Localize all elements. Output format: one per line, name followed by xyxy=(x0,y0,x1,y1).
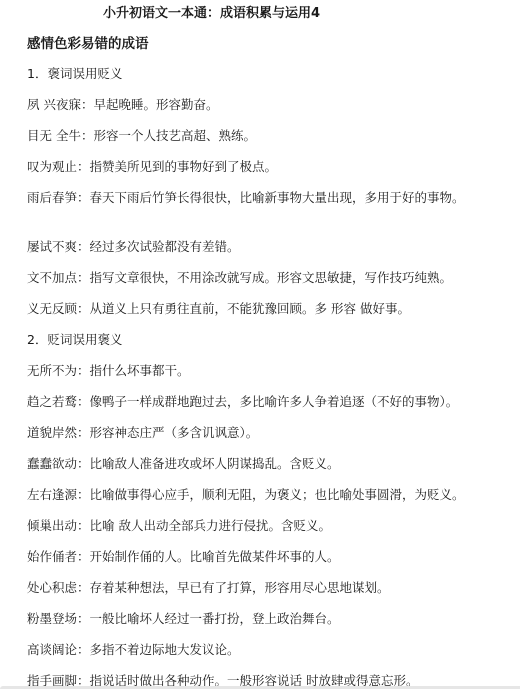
page-title: 小升初语文一本通：成语积累与运用4 xyxy=(103,7,510,20)
idiom-colon: ： xyxy=(77,363,90,378)
idiom-entry: 义无反顾：从道义上只有勇往直前，不能犹豫回顾。多 形容 做好事。 xyxy=(27,302,510,315)
idiom-entry: 左右逢源：比喻做事得心应手，顺利无阻，为褒义；也比喻处事圆滑，为贬义。 xyxy=(27,488,510,501)
idiom-entry: 处心积虑：存着某种想法，早已有了打算，形容用尽心思地谋划。 xyxy=(27,581,510,594)
idiom-term: 雨后春笋 xyxy=(27,190,77,205)
idiom-term: 夙 兴夜寐 xyxy=(27,97,81,112)
section-label: 1．褒词误用贬义 xyxy=(27,67,510,80)
idiom-term: 文不加点 xyxy=(27,270,77,285)
idiom-definition: 形容一个人技艺高超、熟练。 xyxy=(94,128,257,143)
idiom-entry: 夙 兴夜寐：早起晚睡。形容勤奋。 xyxy=(27,98,510,111)
idiom-colon: ： xyxy=(77,456,90,471)
idiom-definition: 指写文章很快，不用涂改就写成。形容文思敏捷，写作技巧纯熟。 xyxy=(90,270,453,285)
idiom-term: 义无反顾 xyxy=(27,301,77,316)
document-page: 小升初语文一本通：成语积累与运用4 感情色彩易错的成语 1．褒词误用贬义夙 兴夜… xyxy=(0,0,520,689)
idiom-entry: 目无 全牛：形容一个人技艺高超、熟练。 xyxy=(27,129,510,142)
idiom-colon: ： xyxy=(81,97,94,112)
idiom-colon: ： xyxy=(77,301,90,316)
idiom-colon: ： xyxy=(77,394,90,409)
idiom-definition: 像鸭子一样成群地跑过去，多比喻许多人争着追逐（不好的事物）。 xyxy=(90,394,459,409)
idiom-definition: 多指不着边际地大发议论。 xyxy=(90,642,240,657)
idiom-term: 蠢蠢欲动 xyxy=(27,456,77,471)
idiom-definition: 从道义上只有勇往直前，不能犹豫回顾。多 形容 做好事。 xyxy=(90,301,410,316)
idiom-term: 始作俑者 xyxy=(27,549,77,564)
idiom-entry: 倾巢出动：比喻 敌人出动全部兵力进行侵扰。含贬义。 xyxy=(27,519,510,532)
idiom-definition: 经过多次试验都没有差错。 xyxy=(90,239,240,254)
idiom-colon: ： xyxy=(81,128,94,143)
idiom-definition: 开始制作俑的人。比喻首先做某件坏事的人。 xyxy=(90,549,340,564)
idiom-definition: 比喻敌人准备进攻或坏人阴谋捣乱。含贬义。 xyxy=(90,456,340,471)
document-heading: 感情色彩易错的成语 xyxy=(27,37,510,51)
idiom-term: 左右逢源 xyxy=(27,487,77,502)
idiom-entry: 无所不为：指什么坏事都干。 xyxy=(27,364,510,377)
idiom-definition: 形容神态庄严（多含讥讽意）。 xyxy=(90,425,259,440)
idiom-colon: ： xyxy=(77,159,90,174)
idiom-definition: 指赞美所见到的事物好到了极点。 xyxy=(90,159,278,174)
idiom-definition: 指什么坏事都干。 xyxy=(90,363,190,378)
idiom-entry: 蠢蠢欲动：比喻敌人准备进攻或坏人阴谋捣乱。含贬义。 xyxy=(27,457,510,470)
idiom-colon: ： xyxy=(77,190,90,205)
idiom-entry: 雨后春笋：春天下雨后竹笋长得很快，比喻新事物大量出现，多用于好的事物。 xyxy=(27,191,510,204)
idiom-entry: 始作俑者：开始制作俑的人。比喻首先做某件坏事的人。 xyxy=(27,550,510,563)
idiom-term: 趋之若鹜 xyxy=(27,394,77,409)
idiom-colon: ： xyxy=(77,580,90,595)
idiom-definition: 比喻 敌人出动全部兵力进行侵扰。含贬义。 xyxy=(90,518,331,533)
idiom-definition: 比喻做事得心应手，顺利无阻，为褒义；也比喻处事圆滑，为贬义。 xyxy=(90,487,465,502)
idiom-colon: ： xyxy=(77,642,90,657)
idiom-colon: ： xyxy=(77,270,90,285)
idiom-entry: 粉墨登场：一般比喻坏人经过一番打扮，登上政治舞台。 xyxy=(27,612,510,625)
idiom-term: 叹为观止 xyxy=(27,159,77,174)
idiom-term: 道貌岸然 xyxy=(27,425,77,440)
document-body: 1．褒词误用贬义夙 兴夜寐：早起晚睡。形容勤奋。目无 全牛：形容一个人技艺高超、… xyxy=(27,67,510,687)
idiom-term: 无所不为 xyxy=(27,363,77,378)
idiom-term: 处心积虑 xyxy=(27,580,77,595)
idiom-term: 屡试不爽 xyxy=(27,239,77,254)
idiom-definition: 春天下雨后竹笋长得很快，比喻新事物大量出现，多用于好的事物。 xyxy=(90,190,465,205)
idiom-entry: 高谈阔论：多指不着边际地大发议论。 xyxy=(27,643,510,656)
idiom-term: 倾巢出动 xyxy=(27,518,77,533)
idiom-entry: 趋之若鹜：像鸭子一样成群地跑过去，多比喻许多人争着追逐（不好的事物）。 xyxy=(27,395,510,408)
idiom-colon: ： xyxy=(77,611,90,626)
idiom-colon: ： xyxy=(77,239,90,254)
idiom-entry: 文不加点：指写文章很快，不用涂改就写成。形容文思敏捷，写作技巧纯熟。 xyxy=(27,271,510,284)
idiom-entry: 屡试不爽：经过多次试验都没有差错。 xyxy=(27,240,510,253)
idiom-colon: ： xyxy=(77,487,90,502)
idiom-term: 粉墨登场 xyxy=(27,611,77,626)
idiom-term: 目无 全牛 xyxy=(27,128,81,143)
idiom-entry: 道貌岸然：形容神态庄严（多含讥讽意）。 xyxy=(27,426,510,439)
idiom-definition: 早起晚睡。形容勤奋。 xyxy=(94,97,219,112)
idiom-term: 高谈阔论 xyxy=(27,642,77,657)
idiom-colon: ： xyxy=(77,425,90,440)
idiom-definition: 存着某种想法，早已有了打算，形容用尽心思地谋划。 xyxy=(90,580,390,595)
section-label: 2．贬词误用褒义 xyxy=(27,333,510,346)
idiom-colon: ： xyxy=(77,549,90,564)
idiom-definition: 一般比喻坏人经过一番打扮，登上政治舞台。 xyxy=(90,611,340,626)
idiom-colon: ： xyxy=(77,518,90,533)
idiom-entry: 叹为观止：指赞美所见到的事物好到了极点。 xyxy=(27,160,510,173)
